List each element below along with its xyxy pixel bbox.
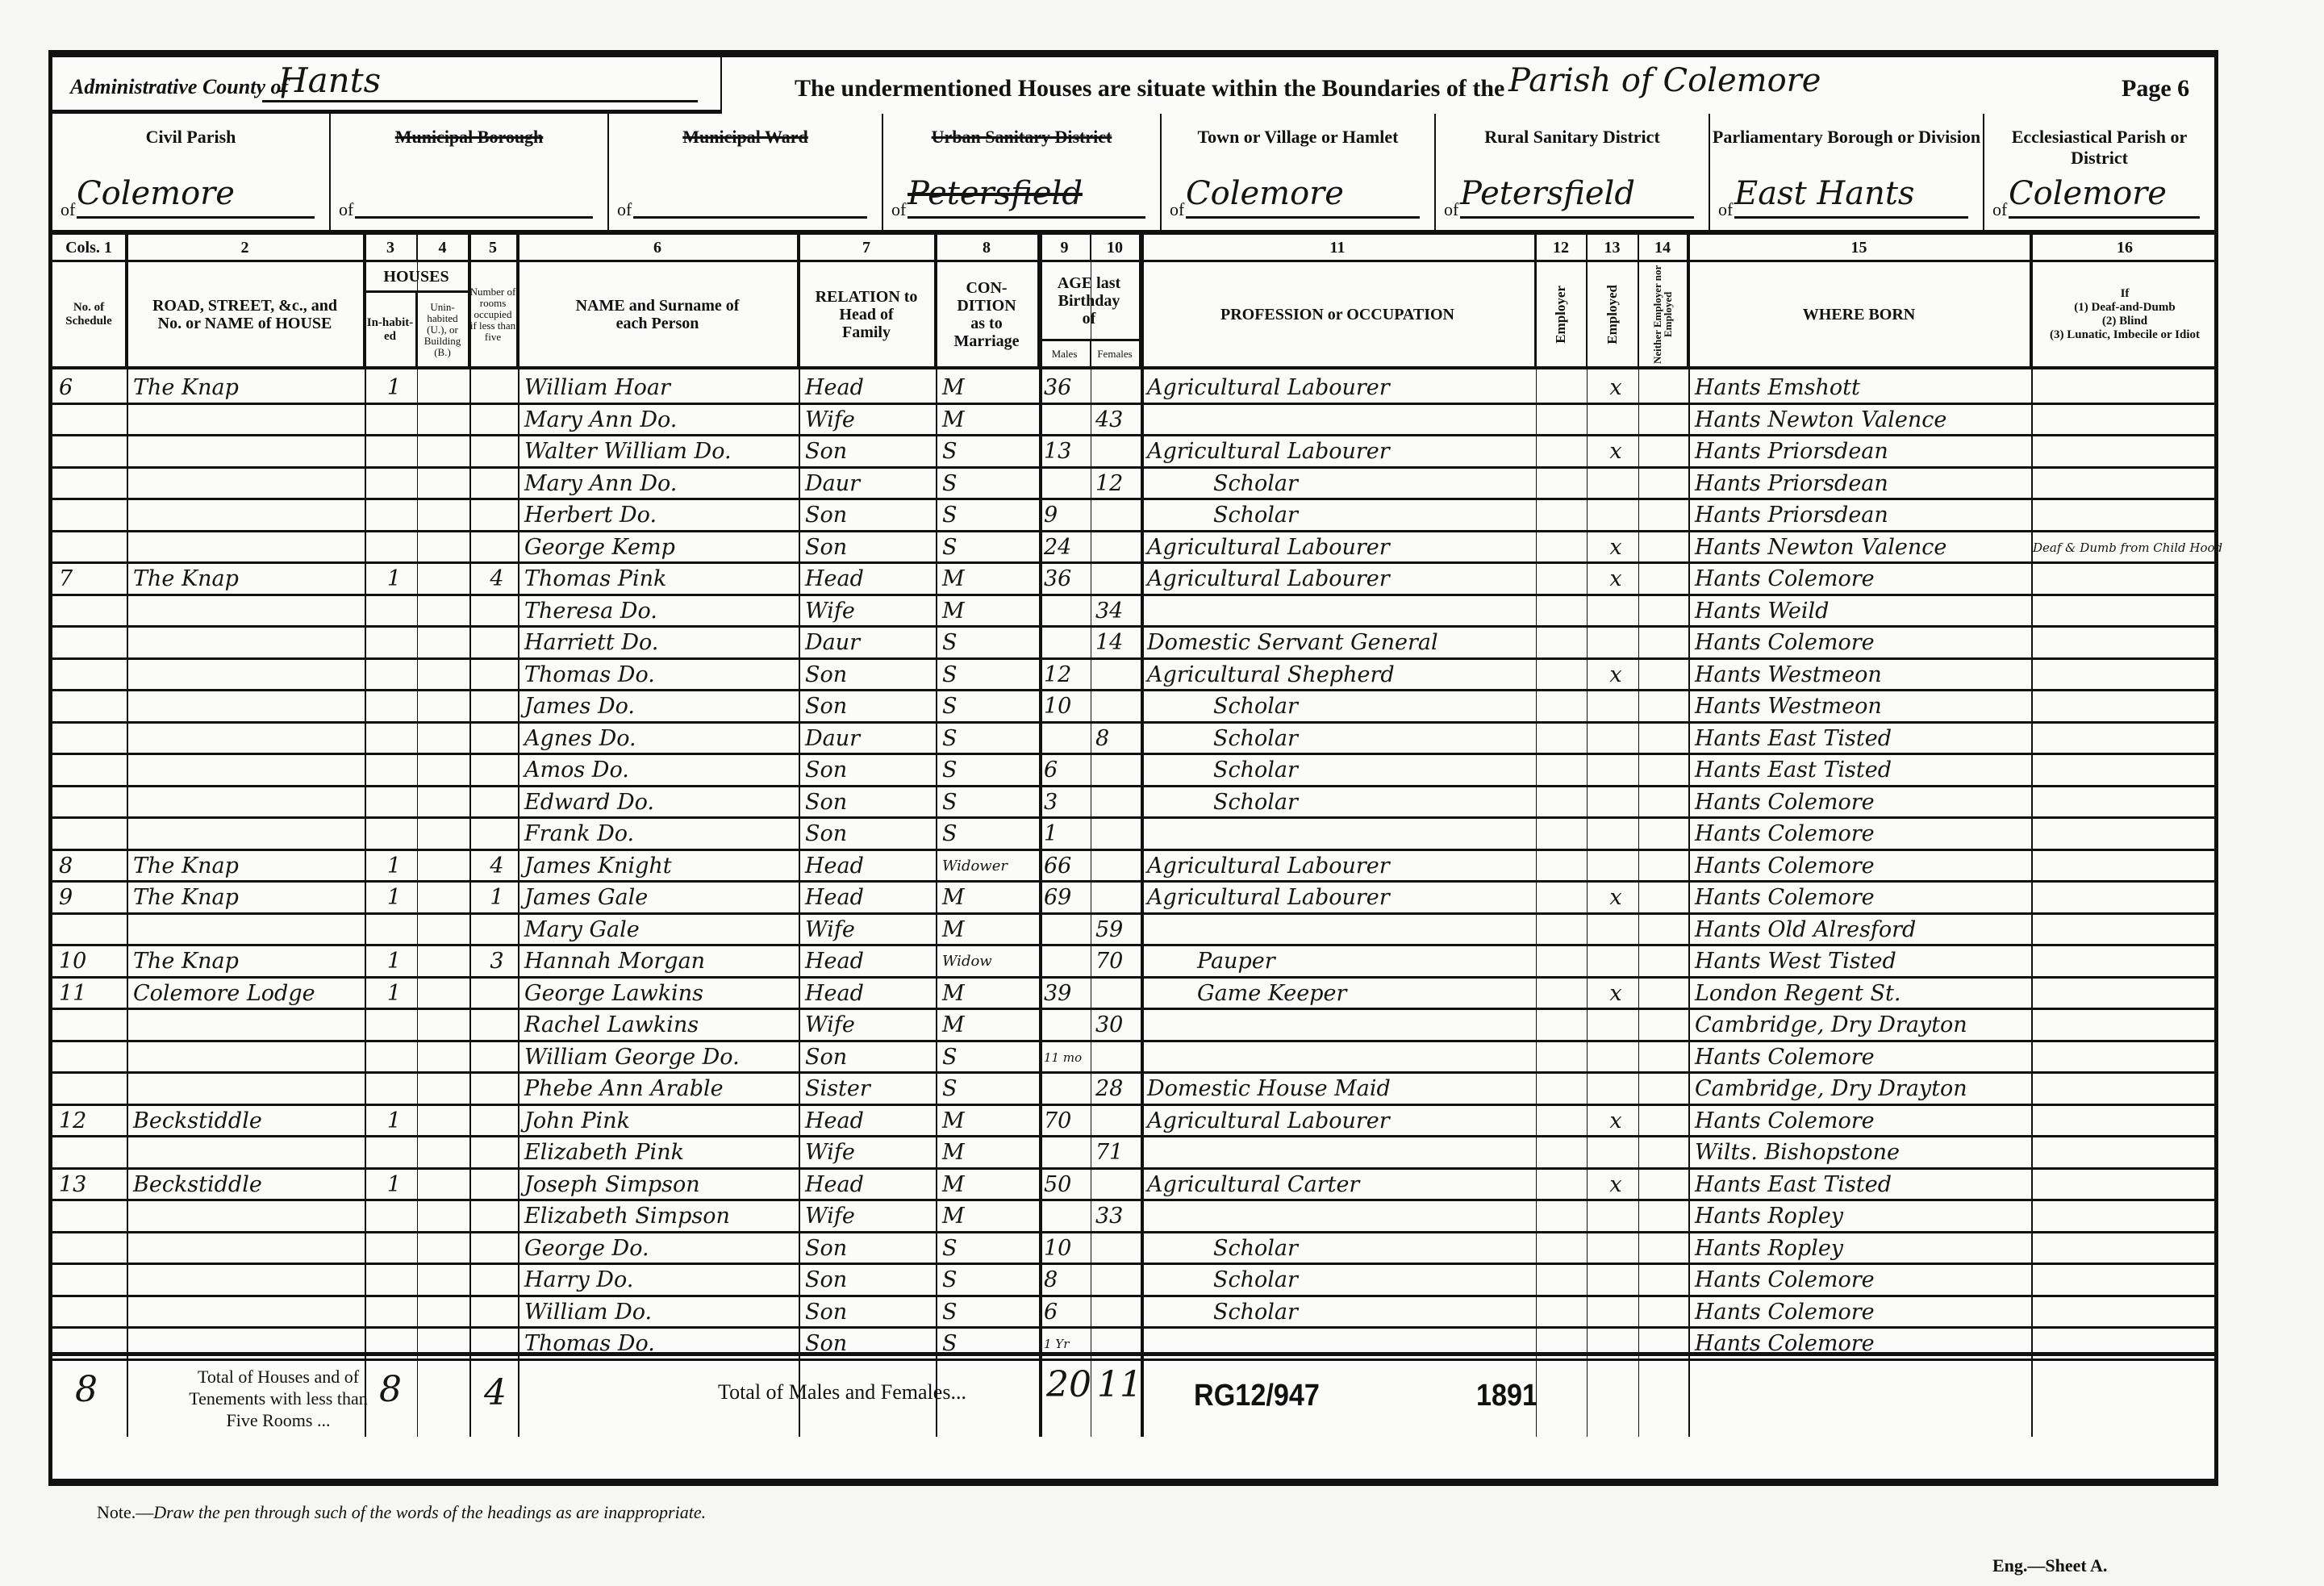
cell-name: James Knight: [518, 851, 799, 883]
piece-reference: RG12/947: [1194, 1379, 1320, 1413]
cell-occupation: Scholar: [1141, 1233, 1536, 1266]
cell-born: Cambridge, Dry Drayton: [1688, 1010, 2031, 1042]
cell-female: 33: [1091, 1201, 1141, 1233]
cell-employed: [1587, 1265, 1638, 1297]
cell-female: [1091, 532, 1141, 565]
cell-name: William George Do.: [518, 1042, 799, 1075]
cell-empty: [417, 564, 469, 596]
infirmity-if: If: [2121, 287, 2130, 301]
cell-schedule: [52, 469, 127, 501]
cell-schedule: [52, 819, 127, 851]
cell-name: Theresa Do.: [518, 596, 799, 628]
cell-born: Hants Westmeon: [1688, 660, 2031, 692]
cell-inhabited: [365, 1265, 417, 1297]
cell-empty: [1536, 1074, 1587, 1106]
table-row: 13Beckstiddle1Joseph SimpsonHeadM50Agric…: [52, 1170, 2214, 1202]
cell-occupation: Scholar: [1141, 1265, 1536, 1297]
cell-female: [1091, 691, 1141, 724]
cell-inhabited: [365, 724, 417, 756]
cell-empty: [1638, 691, 1688, 724]
cell-employed: [1587, 1201, 1638, 1233]
cell-empty: [1536, 405, 1587, 437]
cell-relation: Daur: [799, 724, 936, 756]
rule: [417, 235, 418, 1437]
district-rural-sanitary: Rural Sanitary District of Petersfield: [1436, 114, 1710, 230]
cell-female: 14: [1091, 628, 1141, 660]
cell-male: 10: [1039, 1233, 1091, 1266]
cell-infirmity: [2031, 1010, 2218, 1042]
cell-empty: [417, 1074, 469, 1106]
cell-born: Hants Priorsdean: [1688, 436, 2031, 469]
cell-occupation: [1141, 405, 1536, 437]
col-num: 4: [417, 235, 469, 260]
cell-born: Cambridge, Dry Drayton: [1688, 1074, 2031, 1106]
cell-male: [1039, 469, 1091, 501]
col-num: 5: [469, 235, 518, 260]
cell-male: [1039, 1201, 1091, 1233]
cell-empty: [1536, 1042, 1587, 1075]
cell-empty: [417, 1137, 469, 1170]
cell-empty: [1638, 436, 1688, 469]
cell-inhabited: [365, 1137, 417, 1170]
cell-condition: M: [936, 915, 1039, 947]
header-neither: Neither Employer nor Employed: [1638, 262, 1688, 366]
cell-house: [127, 500, 365, 532]
cell-rooms: [469, 373, 518, 405]
cell-rooms: 3: [469, 946, 518, 979]
admin-county-label: Administrative County of: [70, 75, 288, 99]
cell-occupation: [1141, 596, 1536, 628]
cell-occupation: Domestic House Maid: [1141, 1074, 1536, 1106]
total-males: 20: [1046, 1364, 1091, 1405]
cell-male: 70: [1039, 1106, 1091, 1138]
cell-name: Mary Ann Do.: [518, 405, 799, 437]
rule: [2031, 235, 2033, 1437]
cell-empty: [1536, 532, 1587, 565]
cell-occupation: [1141, 1201, 1536, 1233]
cell-schedule: 7: [52, 564, 127, 596]
cell-schedule: [52, 1201, 127, 1233]
cell-born: Hants Colemore: [1688, 1106, 2031, 1138]
cell-schedule: [52, 628, 127, 660]
cell-rooms: [469, 660, 518, 692]
cell-schedule: [52, 1137, 127, 1170]
cell-infirmity: [2031, 787, 2218, 820]
cell-rooms: [469, 436, 518, 469]
cell-inhabited: [365, 1201, 417, 1233]
table-row: Mary Ann Do.DaurS12ScholarHants Priorsde…: [52, 469, 2214, 501]
cell-empty: [1638, 979, 1688, 1011]
district-parliamentary: Parliamentary Borough or Division of Eas…: [1710, 114, 1984, 230]
cell-rooms: [469, 1137, 518, 1170]
cell-inhabited: 1: [365, 851, 417, 883]
cell-male: 50: [1039, 1170, 1091, 1202]
cell-infirmity: [2031, 979, 2218, 1011]
header-neither-text: Neither Employer nor Employed: [1652, 262, 1673, 366]
cell-empty: [417, 1265, 469, 1297]
cell-occupation: Scholar: [1141, 724, 1536, 756]
cell-infirmity: [2031, 564, 2218, 596]
col-num: 7: [799, 235, 936, 260]
cell-occupation: Agricultural Labourer: [1141, 883, 1536, 915]
cell-empty: [417, 469, 469, 501]
cell-infirmity: [2031, 1297, 2218, 1329]
table-row: Harry Do.SonS8ScholarHants Colemore: [52, 1265, 2214, 1297]
district-of: of: [60, 199, 75, 220]
census-year: 1891: [1476, 1379, 1538, 1413]
district-label: Municipal Borough: [331, 114, 607, 148]
cell-empty: [1536, 915, 1587, 947]
cell-house: [127, 1042, 365, 1075]
cell-born: Hants West Tisted: [1688, 946, 2031, 979]
cell-female: [1091, 1297, 1141, 1329]
cell-male: 69: [1039, 883, 1091, 915]
cell-female: [1091, 819, 1141, 851]
cell-empty: [1638, 946, 1688, 979]
cell-house: Beckstiddle: [127, 1106, 365, 1138]
cell-empty: [1638, 1010, 1688, 1042]
cell-condition: S: [936, 691, 1039, 724]
cell-occupation: [1141, 819, 1536, 851]
cell-male: [1039, 628, 1091, 660]
header-rooms: Number of rooms occupied if less than fi…: [469, 262, 518, 366]
cell-name: Amos Do.: [518, 755, 799, 787]
header-name: NAME and Surname of each Person: [518, 262, 799, 366]
cell-female: 70: [1091, 946, 1141, 979]
cell-name: Mary Ann Do.: [518, 469, 799, 501]
totals-row: 8 Total of Houses and of Tenements with …: [52, 1352, 2214, 1437]
table-row: Theresa Do.WifeM34Hants Weild: [52, 596, 2214, 628]
cell-condition: M: [936, 596, 1039, 628]
col-num: 16: [2031, 235, 2218, 260]
cell-schedule: [52, 915, 127, 947]
table-row: Phebe Ann ArableSisterS28Domestic House …: [52, 1074, 2214, 1106]
cell-infirmity: [2031, 660, 2218, 692]
cell-inhabited: [365, 628, 417, 660]
cell-house: [127, 596, 365, 628]
cell-born: Hants Westmeon: [1688, 691, 2031, 724]
cell-female: [1091, 1170, 1141, 1202]
cell-male: 10: [1039, 691, 1091, 724]
cell-condition: Widower: [936, 851, 1039, 883]
cell-house: [127, 628, 365, 660]
cell-relation: Head: [799, 946, 936, 979]
cell-schedule: 8: [52, 851, 127, 883]
cell-relation: Son: [799, 1042, 936, 1075]
cell-inhabited: 1: [365, 979, 417, 1011]
cell-infirmity: [2031, 819, 2218, 851]
cell-schedule: [52, 660, 127, 692]
cell-inhabited: 1: [365, 564, 417, 596]
cell-house: [127, 1233, 365, 1266]
cell-occupation: Agricultural Labourer: [1141, 532, 1536, 565]
cell-male: [1039, 405, 1091, 437]
cell-condition: S: [936, 755, 1039, 787]
cell-schedule: 13: [52, 1170, 127, 1202]
cell-empty: [417, 1170, 469, 1202]
cell-occupation: [1141, 1010, 1536, 1042]
table-row: 7The Knap14Thomas PinkHeadM36Agricultura…: [52, 564, 2214, 596]
cell-empty: [1638, 1106, 1688, 1138]
cell-empty: [1536, 1297, 1587, 1329]
cell-schedule: [52, 1265, 127, 1297]
cell-infirmity: [2031, 436, 2218, 469]
cell-inhabited: [365, 1233, 417, 1266]
cell-relation: Head: [799, 851, 936, 883]
cell-inhabited: [365, 532, 417, 565]
cell-male: 36: [1039, 373, 1091, 405]
cell-empty: [417, 946, 469, 979]
cell-employed: x: [1587, 979, 1638, 1011]
cell-schedule: 9: [52, 883, 127, 915]
cell-female: [1091, 660, 1141, 692]
cell-born: Hants Colemore: [1688, 883, 2031, 915]
cell-condition: M: [936, 405, 1039, 437]
cell-infirmity: [2031, 373, 2218, 405]
infirmity-3: (3) Lunatic, Imbecile or Idiot: [2050, 328, 2200, 342]
cell-female: 8: [1091, 724, 1141, 756]
cell-house: [127, 819, 365, 851]
cell-born: Hants Emshott: [1688, 373, 2031, 405]
cell-born: Hants Colemore: [1688, 1297, 2031, 1329]
cell-schedule: [52, 532, 127, 565]
cell-relation: Wife: [799, 1137, 936, 1170]
cell-schedule: [52, 724, 127, 756]
cell-born: Hants Newton Valence: [1688, 532, 2031, 565]
cell-occupation: Scholar: [1141, 691, 1536, 724]
cell-empty: [1536, 946, 1587, 979]
cell-house: [127, 691, 365, 724]
cell-infirmity: [2031, 755, 2218, 787]
district-value: [633, 169, 867, 219]
header-age: AGE last Birthday of: [1039, 262, 1141, 341]
cell-empty: [1638, 851, 1688, 883]
cell-empty: [417, 405, 469, 437]
cell-male: 1: [1039, 819, 1091, 851]
table-row: 10The Knap13Hannah MorganHeadWidow70Paup…: [52, 946, 2214, 979]
cell-male: 9: [1039, 500, 1091, 532]
table-row: Herbert Do.SonS9ScholarHants Priorsdean: [52, 500, 2214, 532]
cell-condition: S: [936, 1074, 1039, 1106]
cell-condition: S: [936, 787, 1039, 820]
rule: [1039, 235, 1042, 1437]
cell-empty: [1536, 724, 1587, 756]
cell-rooms: [469, 405, 518, 437]
cell-employed: x: [1587, 373, 1638, 405]
cell-occupation: Scholar: [1141, 1297, 1536, 1329]
col-num: 3: [365, 235, 417, 260]
cell-empty: [417, 532, 469, 565]
cell-house: [127, 1201, 365, 1233]
cell-relation: Son: [799, 1265, 936, 1297]
cell-male: [1039, 1137, 1091, 1170]
footer-note: Note.—Draw the pen through such of the w…: [97, 1502, 706, 1523]
cell-condition: S: [936, 1265, 1039, 1297]
cell-infirmity: [2031, 596, 2218, 628]
table-row: 8The Knap14James KnightHeadWidower66Agri…: [52, 851, 2214, 883]
cell-condition: S: [936, 1233, 1039, 1266]
header-road: ROAD, STREET, &c., and No. or NAME of HO…: [127, 262, 365, 366]
cell-empty: [417, 660, 469, 692]
cell-name: Thomas Pink: [518, 564, 799, 596]
admin-county-value: Hants: [262, 61, 698, 102]
cell-inhabited: [365, 436, 417, 469]
cell-condition: S: [936, 724, 1039, 756]
cell-infirmity: [2031, 691, 2218, 724]
boundaries-value: Parish of Colemore: [1508, 62, 1821, 99]
cell-name: Frank Do.: [518, 819, 799, 851]
cell-occupation: Scholar: [1141, 755, 1536, 787]
cell-house: [127, 1074, 365, 1106]
district-of: of: [1992, 199, 2007, 220]
cell-empty: [1536, 691, 1587, 724]
cell-name: Harry Do.: [518, 1265, 799, 1297]
district-value-text: Petersfield: [907, 175, 1083, 212]
note-prefix: Note.—: [97, 1502, 153, 1522]
cell-inhabited: [365, 1297, 417, 1329]
cell-name: George Lawkins: [518, 979, 799, 1011]
cell-name: Rachel Lawkins: [518, 1010, 799, 1042]
cell-male: [1039, 1074, 1091, 1106]
cell-empty: [417, 1233, 469, 1266]
cell-rooms: [469, 724, 518, 756]
cell-relation: Sister: [799, 1074, 936, 1106]
cell-employed: [1587, 405, 1638, 437]
cell-condition: M: [936, 1010, 1039, 1042]
cell-infirmity: [2031, 915, 2218, 947]
table-row: Walter William Do.SonS13Agricultural Lab…: [52, 436, 2214, 469]
cell-female: [1091, 851, 1141, 883]
cell-inhabited: [365, 755, 417, 787]
cell-condition: M: [936, 883, 1039, 915]
cell-condition: S: [936, 1042, 1039, 1075]
table-row: 6The Knap1William HoarHeadM36Agricultura…: [52, 373, 2214, 405]
table-row: 12Beckstiddle1John PinkHeadM70Agricultur…: [52, 1106, 2214, 1138]
header-employed-text: Employed: [1604, 285, 1621, 344]
col-num: 9: [1039, 235, 1091, 260]
infirmity-2: (2) Blind: [2102, 315, 2147, 328]
district-value: Colemore: [77, 169, 315, 219]
header-occupation: PROFESSION or OCCUPATION: [1141, 262, 1536, 366]
cell-male: [1039, 724, 1091, 756]
cell-female: [1091, 436, 1141, 469]
district-label: Parliamentary Borough or Division: [1710, 114, 1983, 148]
cell-employed: x: [1587, 660, 1638, 692]
col-num: 15: [1688, 235, 2031, 260]
cell-rooms: 4: [469, 851, 518, 883]
cell-infirmity: [2031, 724, 2218, 756]
cell-empty: [417, 915, 469, 947]
col-num: 8: [936, 235, 1039, 260]
cell-house: [127, 1297, 365, 1329]
rule: [1536, 235, 1537, 1437]
table-row: Elizabeth SimpsonWifeM33Hants Ropley: [52, 1201, 2214, 1233]
cell-condition: M: [936, 1201, 1039, 1233]
cell-occupation: Agricultural Labourer: [1141, 1106, 1536, 1138]
cell-rooms: [469, 979, 518, 1011]
column-headers: No. of Schedule ROAD, STREET, &c., and N…: [52, 262, 2214, 369]
cell-house: [127, 660, 365, 692]
cell-occupation: Scholar: [1141, 787, 1536, 820]
cell-inhabited: 1: [365, 1106, 417, 1138]
cell-inhabited: 1: [365, 883, 417, 915]
cell-infirmity: [2031, 500, 2218, 532]
cell-relation: Wife: [799, 405, 936, 437]
cell-occupation: Agricultural Labourer: [1141, 373, 1536, 405]
cell-male: 24: [1039, 532, 1091, 565]
cell-empty: [1536, 1106, 1587, 1138]
cell-schedule: [52, 500, 127, 532]
cell-empty: [1536, 469, 1587, 501]
cell-female: [1091, 979, 1141, 1011]
cell-born: Hants East Tisted: [1688, 1170, 2031, 1202]
cell-empty: [1536, 1265, 1587, 1297]
cell-empty: [1638, 1042, 1688, 1075]
cell-female: [1091, 373, 1141, 405]
district-of: of: [1170, 199, 1184, 220]
cell-relation: Wife: [799, 915, 936, 947]
cell-rooms: [469, 1106, 518, 1138]
cell-house: Colemore Lodge: [127, 979, 365, 1011]
rule: [799, 235, 800, 1437]
cell-born: Hants Weild: [1688, 596, 2031, 628]
cell-infirmity: [2031, 1201, 2218, 1233]
cell-empty: [1536, 851, 1587, 883]
cell-empty: [417, 787, 469, 820]
cell-rooms: [469, 500, 518, 532]
cell-rooms: [469, 1010, 518, 1042]
cell-employed: [1587, 946, 1638, 979]
cell-rooms: [469, 1233, 518, 1266]
cell-male: 11 mo: [1039, 1042, 1091, 1075]
cell-rooms: [469, 596, 518, 628]
cell-condition: M: [936, 564, 1039, 596]
cell-infirmity: [2031, 469, 2218, 501]
cell-born: Hants Ropley: [1688, 1201, 2031, 1233]
district-municipal-ward: Municipal Ward of: [609, 114, 883, 230]
cell-empty: [417, 755, 469, 787]
col-num: Cols. 1: [52, 235, 127, 260]
cell-name: Thomas Do.: [518, 660, 799, 692]
cell-employed: [1587, 1010, 1638, 1042]
cell-empty: [1536, 1170, 1587, 1202]
cell-born: Hants Colemore: [1688, 1042, 2031, 1075]
cell-empty: [417, 500, 469, 532]
rule: [1091, 235, 1091, 1437]
header-where-born: WHERE BORN: [1688, 262, 2031, 366]
cell-born: Wilts. Bishopstone: [1688, 1137, 2031, 1170]
cell-female: 59: [1091, 915, 1141, 947]
cell-name: George Do.: [518, 1233, 799, 1266]
cell-name: James Gale: [518, 883, 799, 915]
rule: [1141, 235, 1144, 1437]
cell-name: Herbert Do.: [518, 500, 799, 532]
infirmity-1: (1) Deaf-and-Dumb: [2074, 301, 2175, 315]
cell-female: [1091, 1265, 1141, 1297]
cell-inhabited: [365, 500, 417, 532]
cell-inhabited: [365, 1010, 417, 1042]
cell-occupation: Scholar: [1141, 469, 1536, 501]
district-municipal-borough: Municipal Borough of: [331, 114, 609, 230]
cell-empty: [417, 436, 469, 469]
cell-employed: x: [1587, 436, 1638, 469]
cell-empty: [1536, 436, 1587, 469]
cell-relation: Wife: [799, 1010, 936, 1042]
cell-empty: [1536, 564, 1587, 596]
cell-name: William Hoar: [518, 373, 799, 405]
rule: [1638, 235, 1639, 1437]
district-value: Colemore: [1186, 169, 1420, 219]
